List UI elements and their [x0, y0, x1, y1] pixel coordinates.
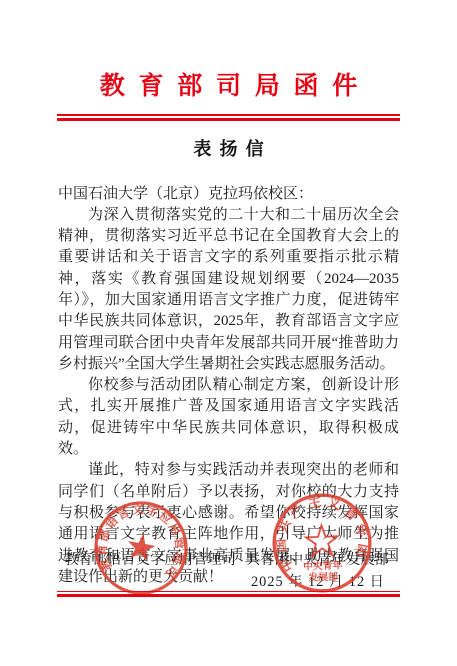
signature-date: 2025 年 12 月 12 日: [246, 571, 390, 591]
footer-divider-thick-line: [57, 594, 400, 597]
letter-title: 表扬信: [0, 135, 457, 161]
body-paragraph-2: 你校参与活动团队精心制定方案，创新设计形式，扎实开展推广普及国家通用语言文字实践…: [58, 375, 399, 460]
addressee-line: 中国石油大学（北京）克拉玛依校区：: [58, 184, 399, 205]
letterhead-divider-thick-line: [57, 118, 400, 121]
letterhead-divider: [57, 114, 400, 121]
letterhead: 教育部司局函件: [57, 0, 400, 121]
commendation-letter-page: 教育部司局函件 表扬信 中国石油大学（北京）克拉玛依校区： 为深入贯彻落实党的二…: [0, 0, 457, 666]
letter-body: 中国石油大学（北京）克拉玛依校区： 为深入贯彻落实党的二十大和二十届历次全会精神…: [58, 184, 399, 589]
body-paragraph-1: 为深入贯彻落实党的二十大和二十届历次全会精神，贯彻落实习近平总书记在全国教育大会…: [58, 205, 399, 375]
signature-moe-department: 教育部语言文字应用管理司: [60, 549, 240, 569]
signature-cyl-department: 共青团中央青年发展部: [246, 549, 382, 569]
footer-divider: [57, 591, 400, 597]
letterhead-title: 教育部司局函件: [57, 66, 400, 102]
